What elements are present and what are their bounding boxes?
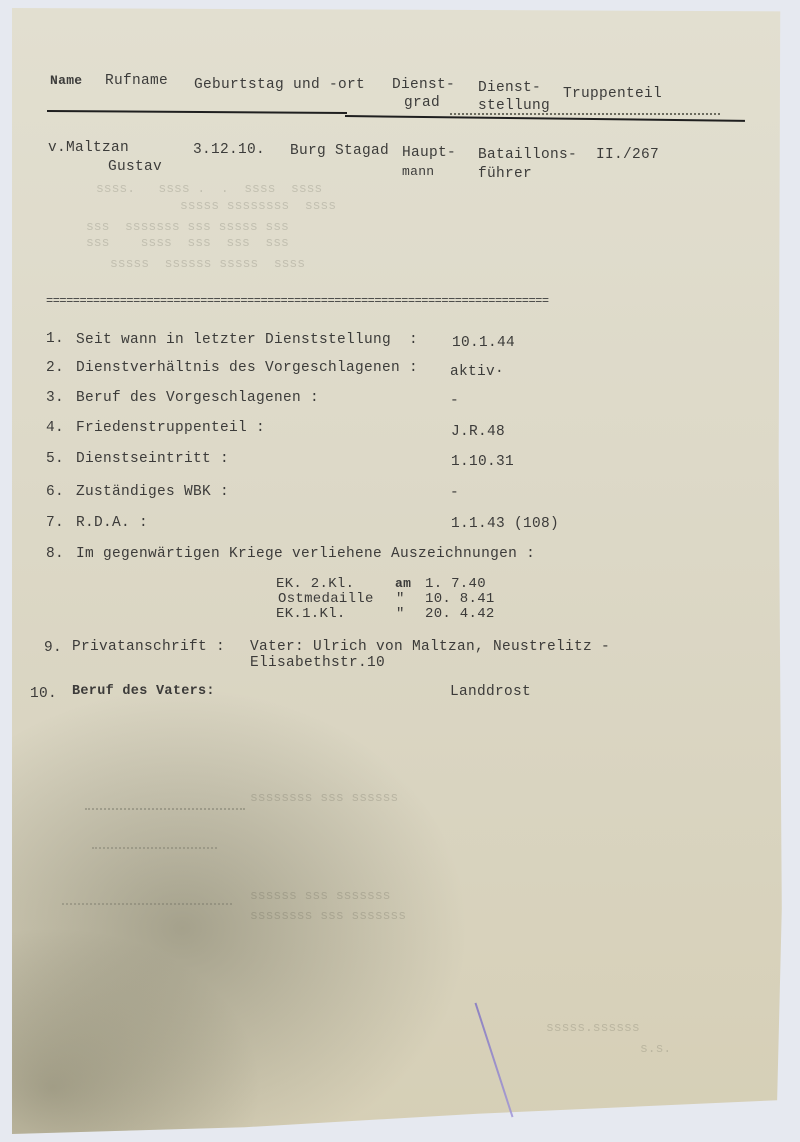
item-10-number: 10. [30,686,57,702]
person-birth-place: Burg Stagad [290,143,389,159]
award-2-prefix: " [396,591,405,607]
item-5-label: Dienstseintritt : [76,451,229,467]
separator-line: ========================================… [46,294,752,308]
item-4-label: Friedenstruppenteil : [76,420,265,436]
award-2-name: Ostmedaille [278,591,374,607]
bleed-dotted-line [62,903,232,905]
item-6-label: Zuständiges WBK : [76,484,229,500]
bleed-through-text: ssssssss sss sssssss [250,908,406,923]
item-1-value: 10.1.44 [452,335,515,351]
item-9-value-line2: Elisabethstr.10 [250,655,385,671]
header-rank-line2: grad [404,95,440,111]
award-1-prefix: am [395,576,411,591]
header-position-line2: stellung [478,98,550,114]
item-7-number: 7. [46,515,64,531]
item-9-value-line1: Vater: Ulrich von Maltzan, Neustrelitz - [250,639,610,655]
person-unit: II./267 [596,147,659,163]
person-name: v.Maltzan [48,140,129,156]
bleed-through-text: s.s. [640,1041,671,1056]
header-unit: Truppenteil [563,86,662,102]
bleed-dotted-line [92,847,217,849]
item-1-label: Seit wann in letzter Dienststellung : [76,332,418,348]
bleed-through-text: ssss. ssss . . ssss ssss [96,181,322,196]
header-birth: Geburtstag und -ort [194,77,365,93]
item-6-value: - [450,485,459,501]
award-3-date: 20. 4.42 [425,606,495,622]
item-5-number: 5. [46,451,64,467]
item-8-label: Im gegenwärtigen Kriege verliehene Ausze… [76,546,535,562]
item-3-number: 3. [46,390,64,406]
bleed-through-text: sss ssss sss sss sss [86,235,289,250]
item-6-number: 6. [46,484,64,500]
header-rank-line1: Dienst- [392,77,455,93]
person-rank-line1: Haupt- [402,145,456,161]
item-8-number: 8. [46,546,64,562]
person-rank-line2: mann [402,164,434,179]
header-position-line1: Dienst- [478,80,541,96]
item-2-number: 2. [46,360,64,376]
item-2-label: Dienstverhältnis des Vorgeschlagenen : [76,360,418,376]
award-1-date: 1. 7.40 [425,576,486,592]
person-rufname: Gustav [108,159,162,175]
item-3-value: - [450,393,459,409]
bleed-through-text: sssss ssssssss ssss [180,198,336,213]
award-1-name: EK. 2.Kl. [276,576,354,592]
item-10-value: Landdrost [450,684,531,700]
bleed-dotted-line [85,808,245,810]
bleed-through-text: sssss.ssssss [546,1020,640,1035]
item-7-value: 1.1.43 (108) [451,516,559,532]
award-2-date: 10. 8.41 [425,591,495,607]
award-3-prefix: " [396,606,405,622]
item-1-number: 1. [46,331,64,347]
bleed-through-text: sssss ssssss sssss ssss [110,256,305,271]
person-birth-date: 3.12.10. [193,142,265,158]
award-3-name: EK.1.Kl. [276,606,346,622]
bleed-through-text: ssssssss sss ssssss [250,790,398,805]
item-3-label: Beruf des Vorgeschlagenen : [76,390,319,406]
item-4-number: 4. [46,420,64,436]
bleed-through-text: ssssss sss sssssss [250,888,390,903]
item-10-label: Beruf des Vaters: [72,684,215,699]
person-position-line2: führer [478,166,532,182]
header-rufname: Rufname [105,73,168,89]
item-9-number: 9. [44,640,62,656]
person-position-line1: Bataillons- [478,147,577,163]
header-name: Name [50,73,82,88]
item-9-label: Privatanschrift : [72,639,225,655]
header-dotted-line [450,113,720,115]
item-2-value: aktiv· [450,364,504,380]
item-7-label: R.D.A. : [76,515,148,531]
item-5-value: 1.10.31 [451,454,514,470]
document-page [12,8,788,1134]
bleed-through-text: sss sssssss sss sssss sss [86,219,289,234]
item-4-value: J.R.48 [451,424,505,440]
